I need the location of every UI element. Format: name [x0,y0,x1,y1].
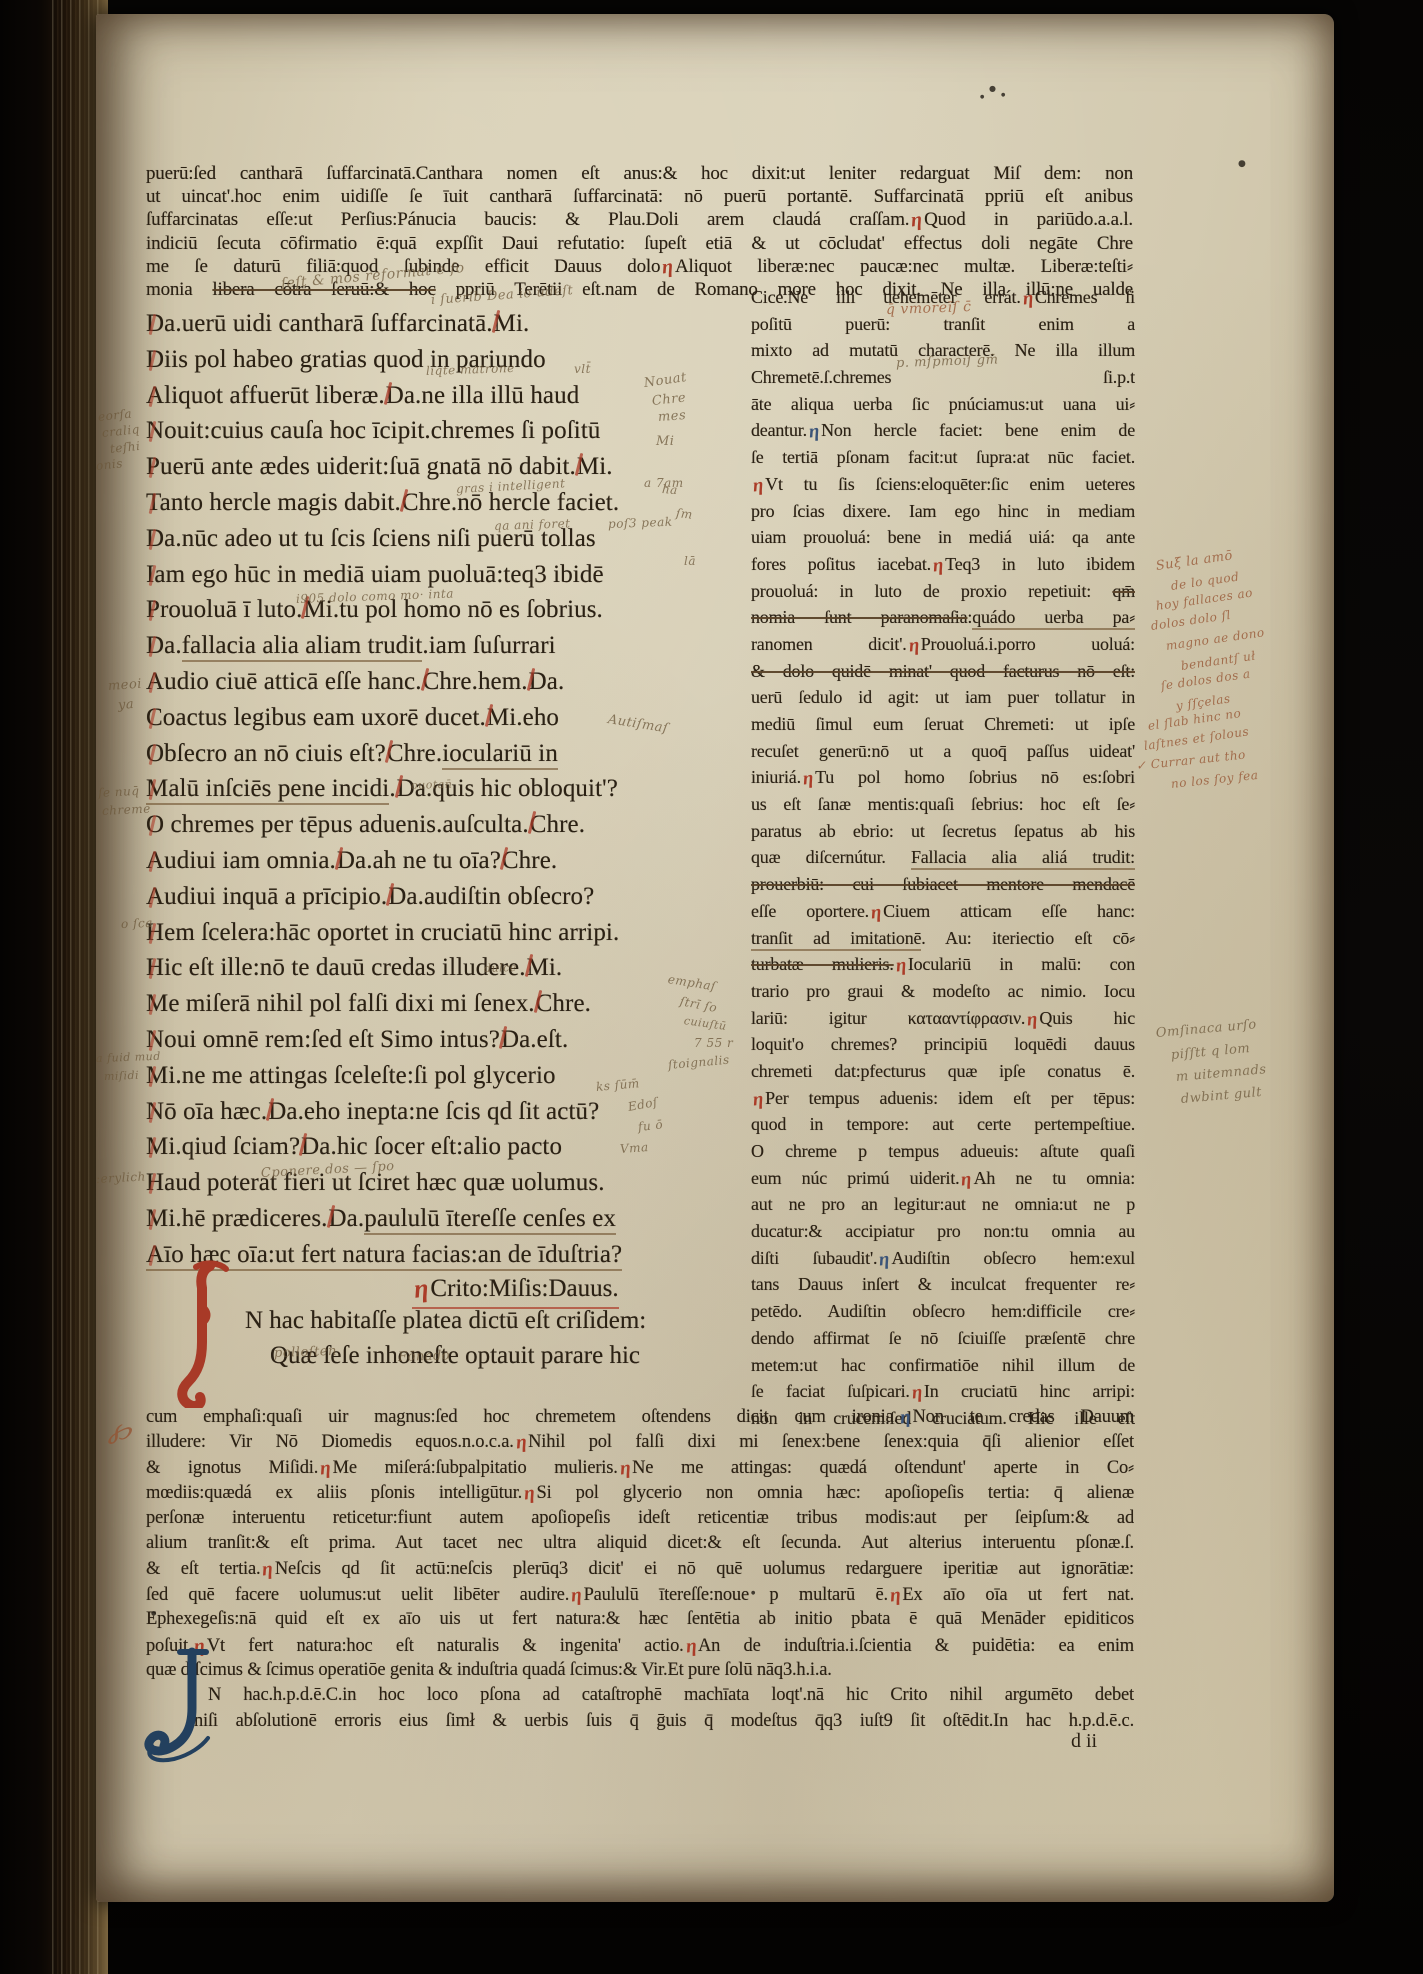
text-line: eum núc primú uiderit.ηAh ne tu omnia: [751,1165,1135,1192]
text-line: Cice.Ne illi uehemēter errát.ηChremes ſi [751,284,1135,311]
text-line: O chremes per tēpus aduenis.auſculta.Chr… [146,807,748,843]
red-slash-mark [383,382,391,405]
text-line: Da.nūc adeo ut tu ſcis ſciens niſi puerū… [146,521,748,557]
ink-strikethrough: qm̄ [1112,581,1135,601]
text-line: petēdo. Audiſtin obſecro hem:difficile c… [751,1298,1135,1325]
marginalia-note: laſtnes et ſolous [1143,724,1250,753]
ink-strikethrough: libera cōtra ſeruū:& hoc [212,279,435,300]
text-line: ſe faciat ſuſpicari.ηIn cruciatū hinc ar… [751,1378,1135,1405]
text-line: Noui omnē rem:ſed eſt Simo intus?Da.eſt. [146,1022,748,1058]
text-line: turbatæ mulieris.ηIoculariū in malū: con [751,951,1135,978]
marginalia-note: :erylich [96,1169,146,1186]
ink-underline: tranſit ad imitationē [751,928,921,951]
text-line: trario pro graui & modeſto ac nimio. Ioc… [751,978,1135,1005]
text-line: ut uincat'.hoc enim uidiſſe ſe īuit cant… [146,185,1133,208]
text-line: eſſe oportere.ηCiuem atticam eſſe hanc: [751,898,1135,925]
red-slash-mark [400,489,408,512]
marginalia-note: hoy fallaces ao [1155,585,1254,612]
text-line: Aliquot affuerūt liberæ.Da.ne illa illū … [146,378,748,414]
text-line: deantur.ηNon hercle faciet: bene enim de [751,417,1135,444]
red-slash-mark [385,739,393,762]
red-pilcrow-mark: η [616,1455,633,1480]
blue-pilcrow-mark: η [806,419,823,444]
text-line: Diis pol habeo gratias quod in pariundo [146,342,748,378]
text-line: ducatur:& accipiatur pro non:tu omnia au [751,1218,1135,1245]
text-line: tranſit ad imitationē. Au: iteriectio eſ… [751,925,1135,952]
text-line: loquit'o chremes? principiū loquēdi dauu… [751,1031,1135,1058]
text-line: Audio ciuē atticā eſſe hanc.Chre.hem.Da. [146,664,748,700]
text-line: nomia ſunt paranomaſia:quádo uerba pa⸗ [751,604,1135,631]
ink-strikethrough: nomia ſunt paranomaſia [751,607,967,627]
marginalia-note: piſſtt q lom [1170,1041,1250,1063]
red-pilcrow-mark: η [1019,285,1036,310]
red-pilcrow-mark: η [568,1582,585,1607]
red-pilcrow-mark: η [682,1633,699,1658]
text-line: Ephexegeſis:nā quid eſt ex aīo uis ut fe… [146,1607,1134,1632]
text-line: mœdiis:quædá ex aliis pſonis intelligūtu… [146,1480,1134,1505]
text-line: Malū inſciēs pene incidi.Da.quis hic obl… [146,771,748,807]
text-line: us eſt ſanæ mentis:quaſi ſebrius: hoc eſ… [751,791,1135,818]
red-slash-mark [301,596,309,619]
text-line: O chreme p tempus adueuis: aſtute quaſi [751,1138,1135,1165]
text-line: Haud poterat fieri ut ſciret hæc quæ uol… [146,1165,748,1201]
text-line: lariū: igitur κατααντίφρασιν.ηQuis hic [751,1005,1135,1032]
red-slash-mark [499,1026,507,1049]
red-pilcrow-mark: η [800,766,817,791]
ink-underline: paululū ītereſſe cenſes ex [364,1205,616,1235]
blue-initial-I-icon [140,1646,216,1766]
text-line: ſed quē facere uolumus:ut uelit libēter … [146,1582,1134,1607]
red-pilcrow-mark: η [892,953,909,978]
text-line: Mi.hē prædiceres.Da.paululū ītereſſe cen… [146,1201,748,1237]
text-line: illudere: Vir Nō Diomedis equos.n.o.c.a.… [146,1429,1134,1454]
red-slash-mark [326,1205,334,1228]
text-line: Iam ego hūc in mediā uiam puoluā:teq3 ib… [146,557,748,593]
text-line: & dolo quidē minat' quod facturus nō eſt… [751,658,1135,685]
text-line: Da.uerū uidi cantharā ſuffarcinatā.Mi. [146,306,748,342]
text-line: quod in tempore: aut certe pertempeſtiue… [751,1111,1135,1138]
bottom-commentary-block: cum emphaſi:quaſi uir magnus:ſed hoc chr… [146,1404,1134,1734]
red-pilcrow-mark: η [659,255,676,278]
marginalia-note: eorſa [97,406,132,423]
marginalia-note: teſhi [109,439,141,456]
red-slash-mark [526,668,534,691]
text-line: paratus ab ebrio: ut ſecretus ſepatus ab… [751,818,1135,845]
marginalia-note: ya [117,697,134,713]
text-line: N hac.h.p.d.ē.C.in hoc loco pſona ad cat… [146,1683,1134,1708]
text-line: Nouit:cuius cauſa hoc īcipit.chremes ſi … [146,413,748,449]
red-pilcrow-mark: η [512,1430,529,1455]
red-pilcrow-mark: η [751,472,767,497]
marginalia-note: ● [1238,159,1246,169]
photograph-of-incunabulum-page: { "colors":{"red_ink":"#ab3c28","blue_in… [0,0,1423,1974]
text-line: niſi abſolutionē erroris eius ſimł & uer… [146,1709,1134,1734]
red-slash-mark [386,883,394,906]
marginalia-note: ● [1001,92,1006,98]
text-line: Nō oīa hæc.Da.eho inepta:ne ſcis qd ſit … [146,1094,748,1130]
marginalia-note: chreme [102,801,151,818]
red-slash-mark [491,310,499,333]
marginalia-note: miſidi [104,1069,140,1083]
text-line: metem:ut hac confirmatiōe nihil illum de [751,1352,1135,1379]
marginalia-note: bendantſ uł [1180,649,1256,673]
text-line: ſe tertiā pſonam facit:ut ſupra:at nūc f… [751,444,1135,471]
red-pilcrow-mark: η [1024,1006,1041,1031]
text-line: quæ diſcernútur. Fallacia alia aliá trud… [751,844,1135,871]
text-line: indiciū ſecuta cōfirmatio ē:quā expſſit … [146,232,1133,255]
text-line: Hem ſcelera:hāc oportet in cruciatū hinc… [146,915,748,951]
marginalia-note: el ſlab hinc no [1147,706,1242,733]
commentary-column: Cice.Ne illi uehemēter errát.ηChremes ſi… [751,284,1135,1432]
text-line: Audiui inquā a prīcipio.Da.audiſtin obſe… [146,879,748,915]
ink-underline: ioculariū in [442,740,558,770]
text-line: prouoluá: in luto de proxio repetiuit: q… [751,578,1135,605]
text-line: ηVt tu ſis ſciens:eloquēter:ſic enim uet… [751,471,1135,498]
text-line: & ignotus Miſidi.ηMe miſerá:ſubpalpitati… [146,1455,1134,1480]
red-initial-I-icon [176,1258,240,1408]
text-line: ranomen dicit'.ηProuoluá.i.porro uoluá: [751,631,1135,658]
red-pilcrow-mark: η [751,1086,767,1111]
red-pilcrow-mark: η [410,1271,432,1307]
red-slash-mark [500,847,508,870]
red-slash-mark [533,990,541,1013]
parchment-page: puerū:ſed cantharā ſuffarcinatā.Canthara… [96,14,1334,1902]
ink-strikethrough: turbatæ mulieris. [751,954,894,974]
red-slash-mark [335,847,343,870]
marginalia-note: ✓ Currar aut tho [1135,748,1246,773]
play-text-column: Da.uerū uidi cantharā ſuffarcinatā.Mi.Di… [146,306,748,1273]
text-line: ηPer tempus aduenis: idem eſt per tēpus: [751,1085,1135,1112]
text-line: Tanto hercle magis dabit.Chre.nō hercle … [146,485,748,521]
marginalia-note: craliq [101,422,140,440]
text-line: Chremetē.ſ.chremes ſi.p.t [751,364,1135,391]
text-line: Da.fallacia alia aliam trudit.iam ſuſurr… [146,628,748,664]
red-slash-mark [524,954,532,977]
ink-underline: Malū inſciēs pene incidi [146,775,389,805]
text-line: ſuffarcinatas eſſe:ut Perſius:Pánucia ba… [146,208,1133,231]
text-line: me ſe daturū filiā:quod ſubinde efficit … [146,255,1133,278]
text-line: Hic eſt ille:nō te dauū credas illudere.… [146,950,748,986]
text-line: perſonæ interuentu reticetur:fiunt autem… [146,1506,1134,1531]
text-line: Puerū ante ædes uiderit:ſuā gnatā nō dab… [146,449,748,485]
red-slash-mark [420,668,428,691]
text-line: Coactus legibus eam uxorē ducet.Mi.eho [146,700,748,736]
marginalia-note: ● [989,84,996,93]
text-line: iniuriá.ηTu pol homo ſobrius nō es:ſobri [751,764,1135,791]
marginalia-note: ſe nuq̄ [98,784,140,800]
marginalia-note: Suξ la amō [1155,548,1234,574]
text-line: chremeti dat:pfecturus quæ ipſe conatus … [751,1058,1135,1085]
text-line: prouerbiū: cui ſubiacet mentore mendacē [751,871,1135,898]
text-line: quæ diſcimus & ſcimus operatiōe genita &… [146,1658,1134,1683]
text-line: Audiui iam omnia.Da.ah ne tu oīa?Chre. [146,843,748,879]
red-pilcrow-mark: η [521,1480,538,1505]
text-line: poſuit.ηVt fert natura:hoc eſt naturalis… [146,1633,1134,1658]
quire-signature: d ii [1071,1730,1097,1753]
marginalia-note: de lo quod [1170,569,1240,592]
marginalia-note: dolos dolo ſl [1150,608,1232,633]
red-pilcrow-mark: η [905,632,922,657]
text-line: āte aliqua uerba ſic pnúciamus:ut uana u… [751,391,1135,418]
marginalia-note: no los ſoy fea [1170,768,1259,791]
red-pilcrow-mark: η [317,1455,334,1480]
marginalia-note: dwbint gult [1180,1085,1262,1107]
red-pilcrow-mark: η [259,1557,276,1582]
marginalia-note: Omſinaca urſo [1155,1017,1257,1041]
text-line: tans Dauus inſert & inculcat frequenter … [751,1271,1135,1298]
text-line: pro ſcias dixere. Iam ego hinc in mediam [751,498,1135,525]
text-line: diſti ſubaudit'.ηAudiſtin obſecro hem:ex… [751,1245,1135,1272]
red-pilcrow-mark: η [908,209,925,232]
marginalia-note: ● [980,94,985,100]
text-line: Mi.qiud ſciam?Da.hic ſocer eſt:alio pact… [146,1129,748,1165]
red-pilcrow-mark: η [868,899,885,924]
red-slash-mark [575,453,583,476]
text-line: dendo affirmat ſe nō ſciuiſſe præſentē c… [751,1325,1135,1352]
marginalia-note: ℘ [107,1410,134,1448]
ink-underline: Fallacia alia aliá trudit: [911,847,1135,870]
red-pilcrow-mark: η [887,1582,904,1607]
red-slash-mark [528,811,536,834]
ink-underline: quádo uerba pa⸗ [972,607,1135,630]
ink-underline: fallacia alia aliam trudit [182,632,423,662]
text-line: poſitū puerū: tranſit enim a [751,311,1135,338]
ink-underline: Canthara nomen eſt anus [416,163,658,185]
text-line: Obſecro an nō ciuis eſt?Chre.ioculariū i… [146,736,748,772]
text-line: & eſt tertia.ηNeſcis qd ſit actū:neſcis … [146,1556,1134,1581]
red-pilcrow-mark: η [908,1380,925,1405]
text-line: cum emphaſi:quaſi uir magnus:ſed hoc chr… [146,1404,1134,1429]
red-pilcrow-mark: η [958,1166,975,1191]
red-slash-mark [299,1133,307,1156]
text-line: mediū ſimul eum ſeruat Chremeti: ut ipſe [751,711,1135,738]
text-line: uerū ſedulo id agit: ut iam puer tollatu… [751,684,1135,711]
blue-pilcrow-mark: η [897,1404,914,1429]
text-line: uiam prouoluá: bene in mediá uiá: qa ant… [751,524,1135,551]
text-line: mixto ad mutatū characterē. Ne illa illu… [751,337,1135,364]
marginalia-note: ſe dolos dos a [1160,666,1251,692]
top-commentary-block: puerū:ſed cantharā ſuffarcinatā.Canthara… [146,162,1133,301]
text-line: alium tranſit:& eſt prima. Aut tacet nec… [146,1531,1134,1556]
text-line: Prouoluā ī luto.Mi.tu pol homo nō es ſob… [146,592,748,628]
blue-pilcrow-mark: η [876,1246,893,1271]
marginalia-note: m uitemnads [1175,1062,1267,1085]
marginalia-note: meoi [107,677,142,694]
marginalia-note: y ſſçelas [1175,691,1231,713]
text-line: fores poſitus iacebat.ηTeq3 in luto ibid… [751,551,1135,578]
text-line: Me miſerā nihil pol falſi dixi mi ſenex.… [146,986,748,1022]
marginalia-note: onis [95,456,123,473]
text-line: Mi.ne me attingas ſceleſte:ſi pol glycer… [146,1058,748,1094]
ink-strikethrough: prouerbiū: cui ſubiacet mentore mendacē [751,874,1135,894]
text-line: recuſet generū:nō ut a quoq̄ paſſus uide… [751,738,1135,765]
ink-strikethrough: & dolo quidē minat' quod facturus nō eſt… [751,661,1135,681]
text-line: puerū:ſed cantharā ſuffarcinatā.Canthara… [146,162,1133,185]
text-line: aut ne pro an legitur:aut ne omnia:ut ne… [751,1191,1135,1218]
red-slash-mark [394,775,402,798]
red-slash-mark [266,1097,274,1120]
red-slash-mark [485,704,493,727]
red-pilcrow-mark: η [930,552,947,577]
marginalia-note: magno ae dono [1165,625,1265,653]
